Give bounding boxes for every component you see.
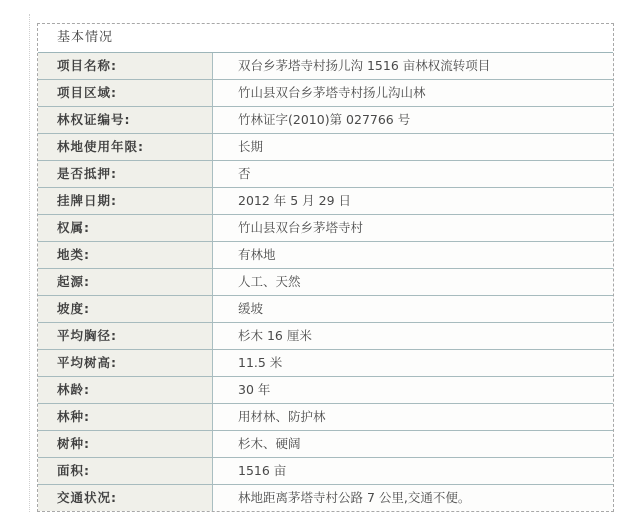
row-label: 权属:: [38, 215, 213, 241]
row-label: 林龄:: [38, 377, 213, 403]
row-label: 面积:: [38, 458, 213, 484]
table-row: 树种:杉木、硬阔: [38, 431, 613, 458]
row-value: 长期: [213, 134, 613, 160]
info-table-body: 项目名称:双台乡茅塔寺村扬儿沟 1516 亩林权流转项目项目区域:竹山县双台乡茅…: [38, 53, 613, 511]
table-row: 林权证编号:竹林证字(2010)第 027766 号: [38, 107, 613, 134]
table-row: 地类:有林地: [38, 242, 613, 269]
row-value: 有林地: [213, 242, 613, 268]
table-row: 平均胸径:杉木 16 厘米: [38, 323, 613, 350]
row-value: 11.5 米: [213, 350, 613, 376]
table-row: 林龄:30 年: [38, 377, 613, 404]
row-value: 1516 亩: [213, 458, 613, 484]
table-row: 林种:用材林、防护林: [38, 404, 613, 431]
row-label: 挂牌日期:: [38, 188, 213, 214]
row-value: 杉木 16 厘米: [213, 323, 613, 349]
row-value: 缓坡: [213, 296, 613, 322]
basic-info-panel: 基本情况 项目名称:双台乡茅塔寺村扬儿沟 1516 亩林权流转项目项目区域:竹山…: [37, 23, 614, 512]
row-value: 竹山县双台乡茅塔寺村扬儿沟山林: [213, 80, 613, 106]
row-value: 林地距离茅塔寺村公路 7 公里,交通不便。: [213, 485, 613, 511]
table-row: 林地使用年限:长期: [38, 134, 613, 161]
row-value: 用材林、防护林: [213, 404, 613, 430]
row-value: 否: [213, 161, 613, 187]
row-label: 项目名称:: [38, 53, 213, 79]
row-value: 竹林证字(2010)第 027766 号: [213, 107, 613, 133]
row-label: 平均树高:: [38, 350, 213, 376]
row-label: 林地使用年限:: [38, 134, 213, 160]
row-label: 交通状况:: [38, 485, 213, 511]
table-row: 项目名称:双台乡茅塔寺村扬儿沟 1516 亩林权流转项目: [38, 53, 613, 80]
row-value: 2012 年 5 月 29 日: [213, 188, 613, 214]
row-label: 项目区域:: [38, 80, 213, 106]
row-value: 30 年: [213, 377, 613, 403]
row-value: 人工、天然: [213, 269, 613, 295]
row-label: 树种:: [38, 431, 213, 457]
row-label: 林种:: [38, 404, 213, 430]
table-row: 面积:1516 亩: [38, 458, 613, 485]
table-row: 项目区域:竹山县双台乡茅塔寺村扬儿沟山林: [38, 80, 613, 107]
table-row: 挂牌日期:2012 年 5 月 29 日: [38, 188, 613, 215]
row-label: 林权证编号:: [38, 107, 213, 133]
row-value: 竹山县双台乡茅塔寺村: [213, 215, 613, 241]
row-label: 起源:: [38, 269, 213, 295]
table-row: 权属:竹山县双台乡茅塔寺村: [38, 215, 613, 242]
panel-title: 基本情况: [38, 24, 613, 53]
table-row: 起源:人工、天然: [38, 269, 613, 296]
table-row: 坡度:缓坡: [38, 296, 613, 323]
row-value: 杉木、硬阔: [213, 431, 613, 457]
table-row: 交通状况:林地距离茅塔寺村公路 7 公里,交通不便。: [38, 485, 613, 511]
row-label: 平均胸径:: [38, 323, 213, 349]
row-label: 地类:: [38, 242, 213, 268]
table-row: 是否抵押:否: [38, 161, 613, 188]
row-label: 是否抵押:: [38, 161, 213, 187]
page-left-dotted-border: [29, 14, 30, 512]
row-label: 坡度:: [38, 296, 213, 322]
table-row: 平均树高:11.5 米: [38, 350, 613, 377]
row-value: 双台乡茅塔寺村扬儿沟 1516 亩林权流转项目: [213, 53, 613, 79]
